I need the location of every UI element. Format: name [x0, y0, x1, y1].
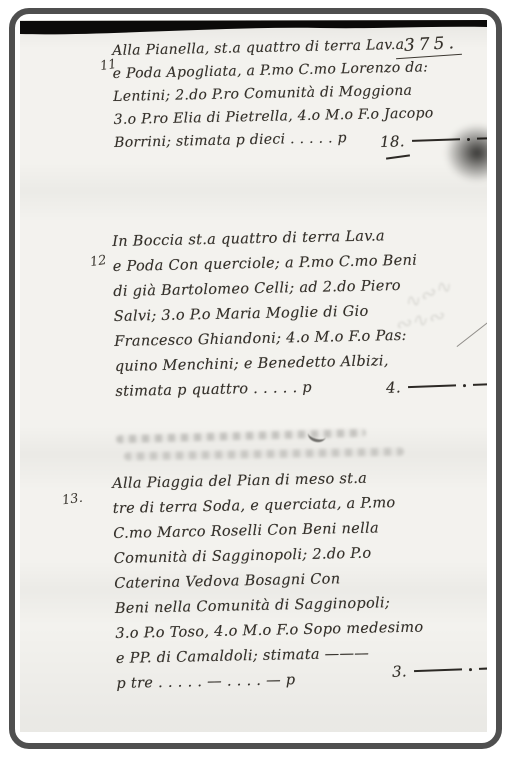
amount-dash [479, 665, 487, 670]
entry-13-margin-number: 13. [61, 491, 84, 509]
viewer-frame: 375. 11 Alla Pianella, st.a quattro di t… [9, 8, 502, 749]
entry-line: p tre . . . . . — . . . . — p [116, 666, 425, 697]
amount-value: 3. [392, 662, 408, 681]
entry-12-margin-number: 12 [89, 253, 107, 270]
pen-stroke [457, 318, 487, 347]
amount-dash [414, 668, 462, 672]
entry-line: stimata p quattro . . . . . p [115, 374, 420, 405]
ink-crescent [307, 426, 328, 444]
amount-dash [408, 384, 456, 388]
amount-value: 18. [380, 132, 405, 151]
amount-dot [469, 668, 472, 671]
amount-dot [463, 384, 466, 387]
pen-flourish [386, 154, 410, 159]
entry-13-text: Alla Piaggia del Pian di meso st.a tre d… [112, 466, 425, 697]
amount-value: 4. [386, 378, 402, 397]
bleed-through-smudge [124, 448, 404, 461]
entry-12-text: In Boccia st.a quattro di terra Lav.a e … [112, 224, 420, 405]
ink-blob [445, 124, 487, 182]
bleed-through-smudge [116, 429, 366, 444]
amount-dash [473, 381, 487, 386]
manuscript-page: 375. 11 Alla Pianella, st.a quattro di t… [20, 20, 487, 732]
